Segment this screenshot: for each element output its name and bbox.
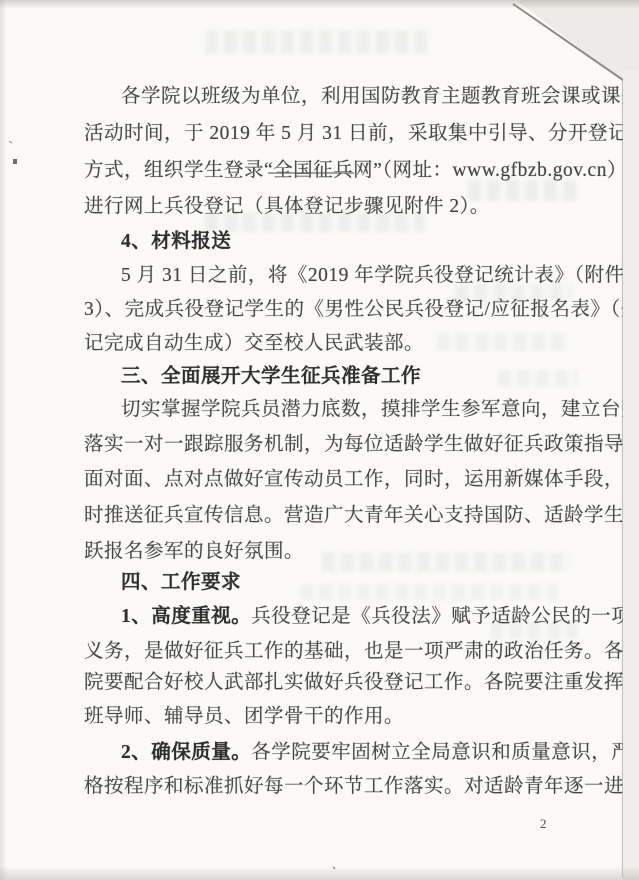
page-fold-crease bbox=[0, 0, 639, 880]
scanned-document-page: 各学院以班级为单位，利用国防教育主题教育班会课或课外活动时间，于 2019 年 … bbox=[0, 0, 639, 880]
scan-edge bbox=[0, 0, 639, 9]
scan-edge bbox=[0, 0, 7, 880]
page-number: 2 bbox=[540, 816, 547, 832]
scan-edge bbox=[623, 70, 639, 880]
scan-edge bbox=[0, 866, 639, 880]
